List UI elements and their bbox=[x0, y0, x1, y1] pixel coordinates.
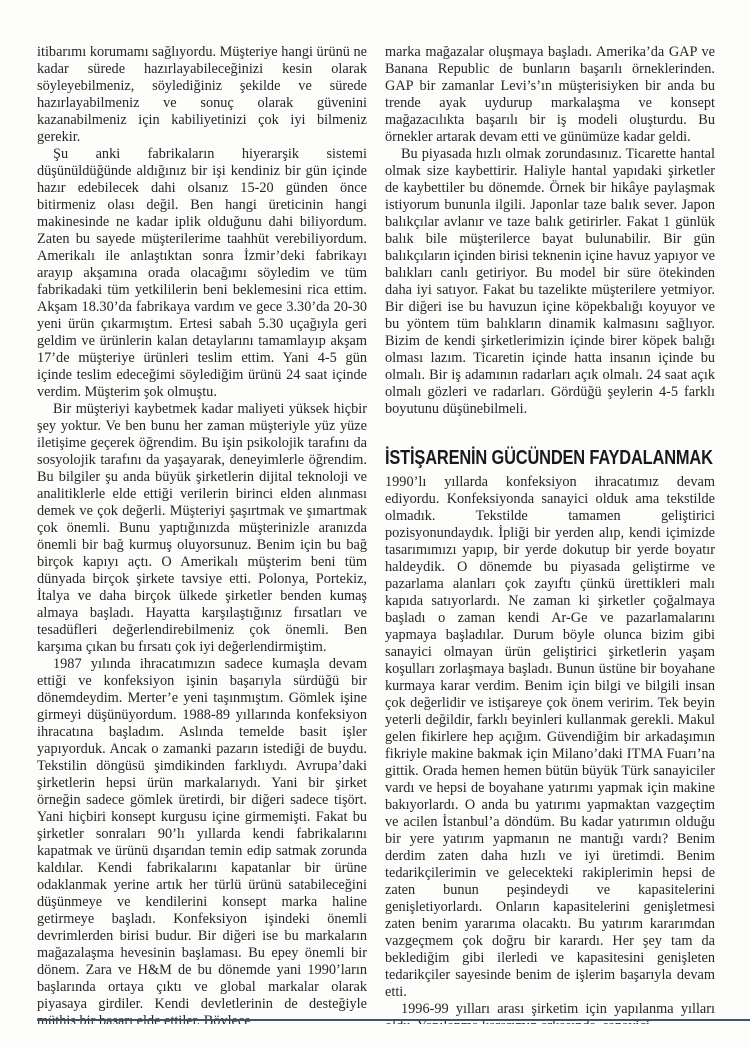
footer-rule bbox=[37, 1019, 750, 1021]
section-heading: İSTİŞARENİN GÜCÜNDEN FAYDALANMAK bbox=[385, 447, 715, 469]
section-heading-text: İSTİŞARENİN GÜCÜNDEN FAYDALANMAK bbox=[385, 447, 713, 469]
body-paragraph: itibarımı korumamı sağlıyordu. Müşteriye… bbox=[37, 44, 367, 146]
body-paragraph: Bir müşteriyi kaybetmek kadar maliyeti y… bbox=[37, 401, 367, 656]
body-paragraph: Şu anki fabrikaların hiyerarşik sistemi … bbox=[37, 146, 367, 401]
body-paragraph: 1990’lı yıllarda konfeksiyon ihracatımız… bbox=[385, 474, 715, 1001]
left-text-column: itibarımı korumamı sağlıyordu. Müşteriye… bbox=[37, 44, 367, 1024]
body-paragraph: 1987 yılında ihracatımızın sadece kumaşl… bbox=[37, 656, 367, 1024]
body-paragraph: marka mağazalar oluşmaya başladı. Amerik… bbox=[385, 44, 715, 146]
body-paragraph: Bu piyasada hızlı olmak zorundasınız. Ti… bbox=[385, 146, 715, 418]
right-text-column: marka mağazalar oluşmaya başladı. Amerik… bbox=[385, 44, 715, 1024]
book-page: itibarımı korumamı sağlıyordu. Müşteriye… bbox=[0, 0, 750, 1047]
